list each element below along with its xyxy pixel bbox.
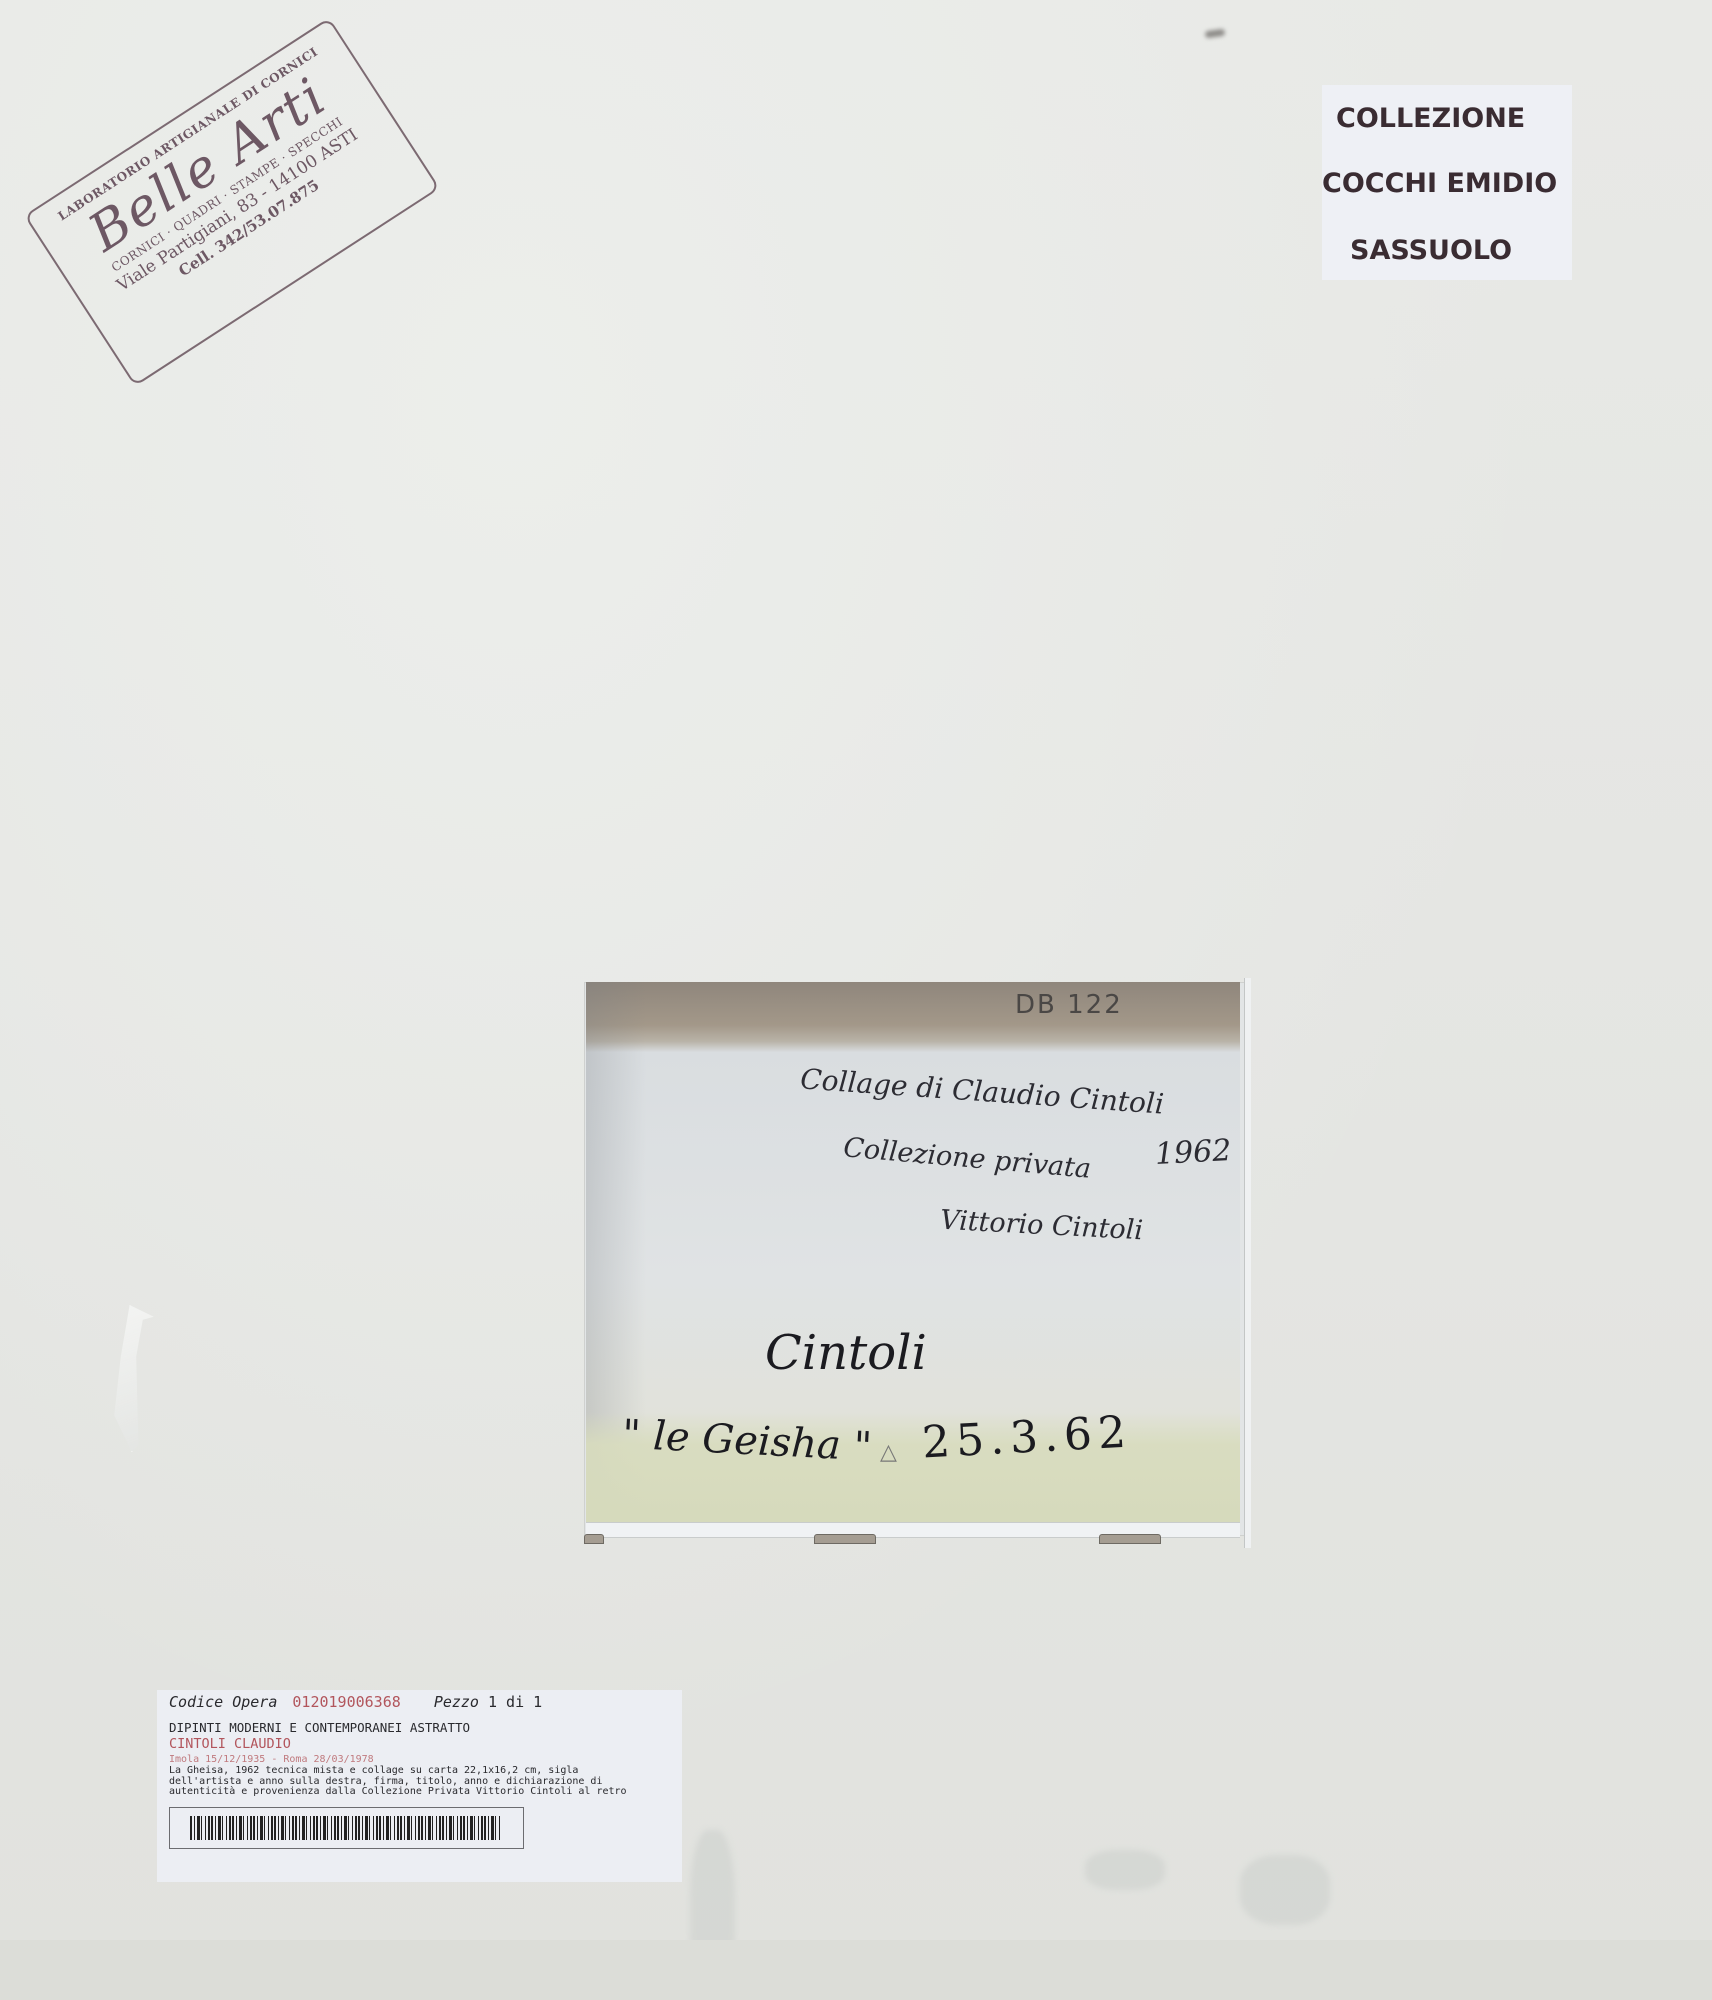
smudge: [1240, 1855, 1330, 1925]
board-bottom-edge: [0, 1940, 1712, 2000]
piece-value: 1 di 1: [488, 1693, 542, 1711]
artist-signature: Cintoli: [765, 1325, 927, 1381]
barcode-icon: [190, 1816, 500, 1840]
artist-dates: Imola 15/12/1935 - Roma 28/03/1978: [169, 1754, 374, 1765]
frame-clip: [814, 1534, 876, 1544]
piece-label: Pezzo: [434, 1693, 479, 1711]
collection-line1: COLLEZIONE: [1336, 103, 1525, 134]
code-value: 012019006368: [292, 1693, 400, 1711]
handwritten-inscription-year: 1962: [1154, 1133, 1232, 1172]
artwork-description: La Gheisa, 1962 tecnica mista e collage …: [169, 1766, 679, 1798]
triangle-mark-icon: △: [880, 1440, 897, 1465]
stain-mark: [1205, 29, 1226, 39]
handwritten-inventory-code: DB 122: [1015, 990, 1123, 1020]
barcode: [169, 1807, 524, 1849]
category: DIPINTI MODERNI E CONTEMPORANEI ASTRATTO: [169, 1720, 470, 1735]
code-label: Codice Opera: [169, 1693, 277, 1711]
collection-label: COLLEZIONE COCCHI EMIDIO SASSUOLO: [1322, 85, 1572, 280]
inventory-label: Codice Opera 012019006368 Pezzo 1 di 1 D…: [157, 1690, 682, 1882]
artist-name: CINTOLI CLAUDIO: [169, 1736, 291, 1752]
frame-clip: [1099, 1534, 1161, 1544]
window-edge: [1244, 978, 1251, 1548]
smudge: [1085, 1850, 1165, 1890]
collection-line3: SASSUOLO: [1350, 235, 1512, 266]
collection-line2: COCCHI EMIDIO: [1322, 168, 1557, 199]
frame-clip: [584, 1534, 604, 1544]
